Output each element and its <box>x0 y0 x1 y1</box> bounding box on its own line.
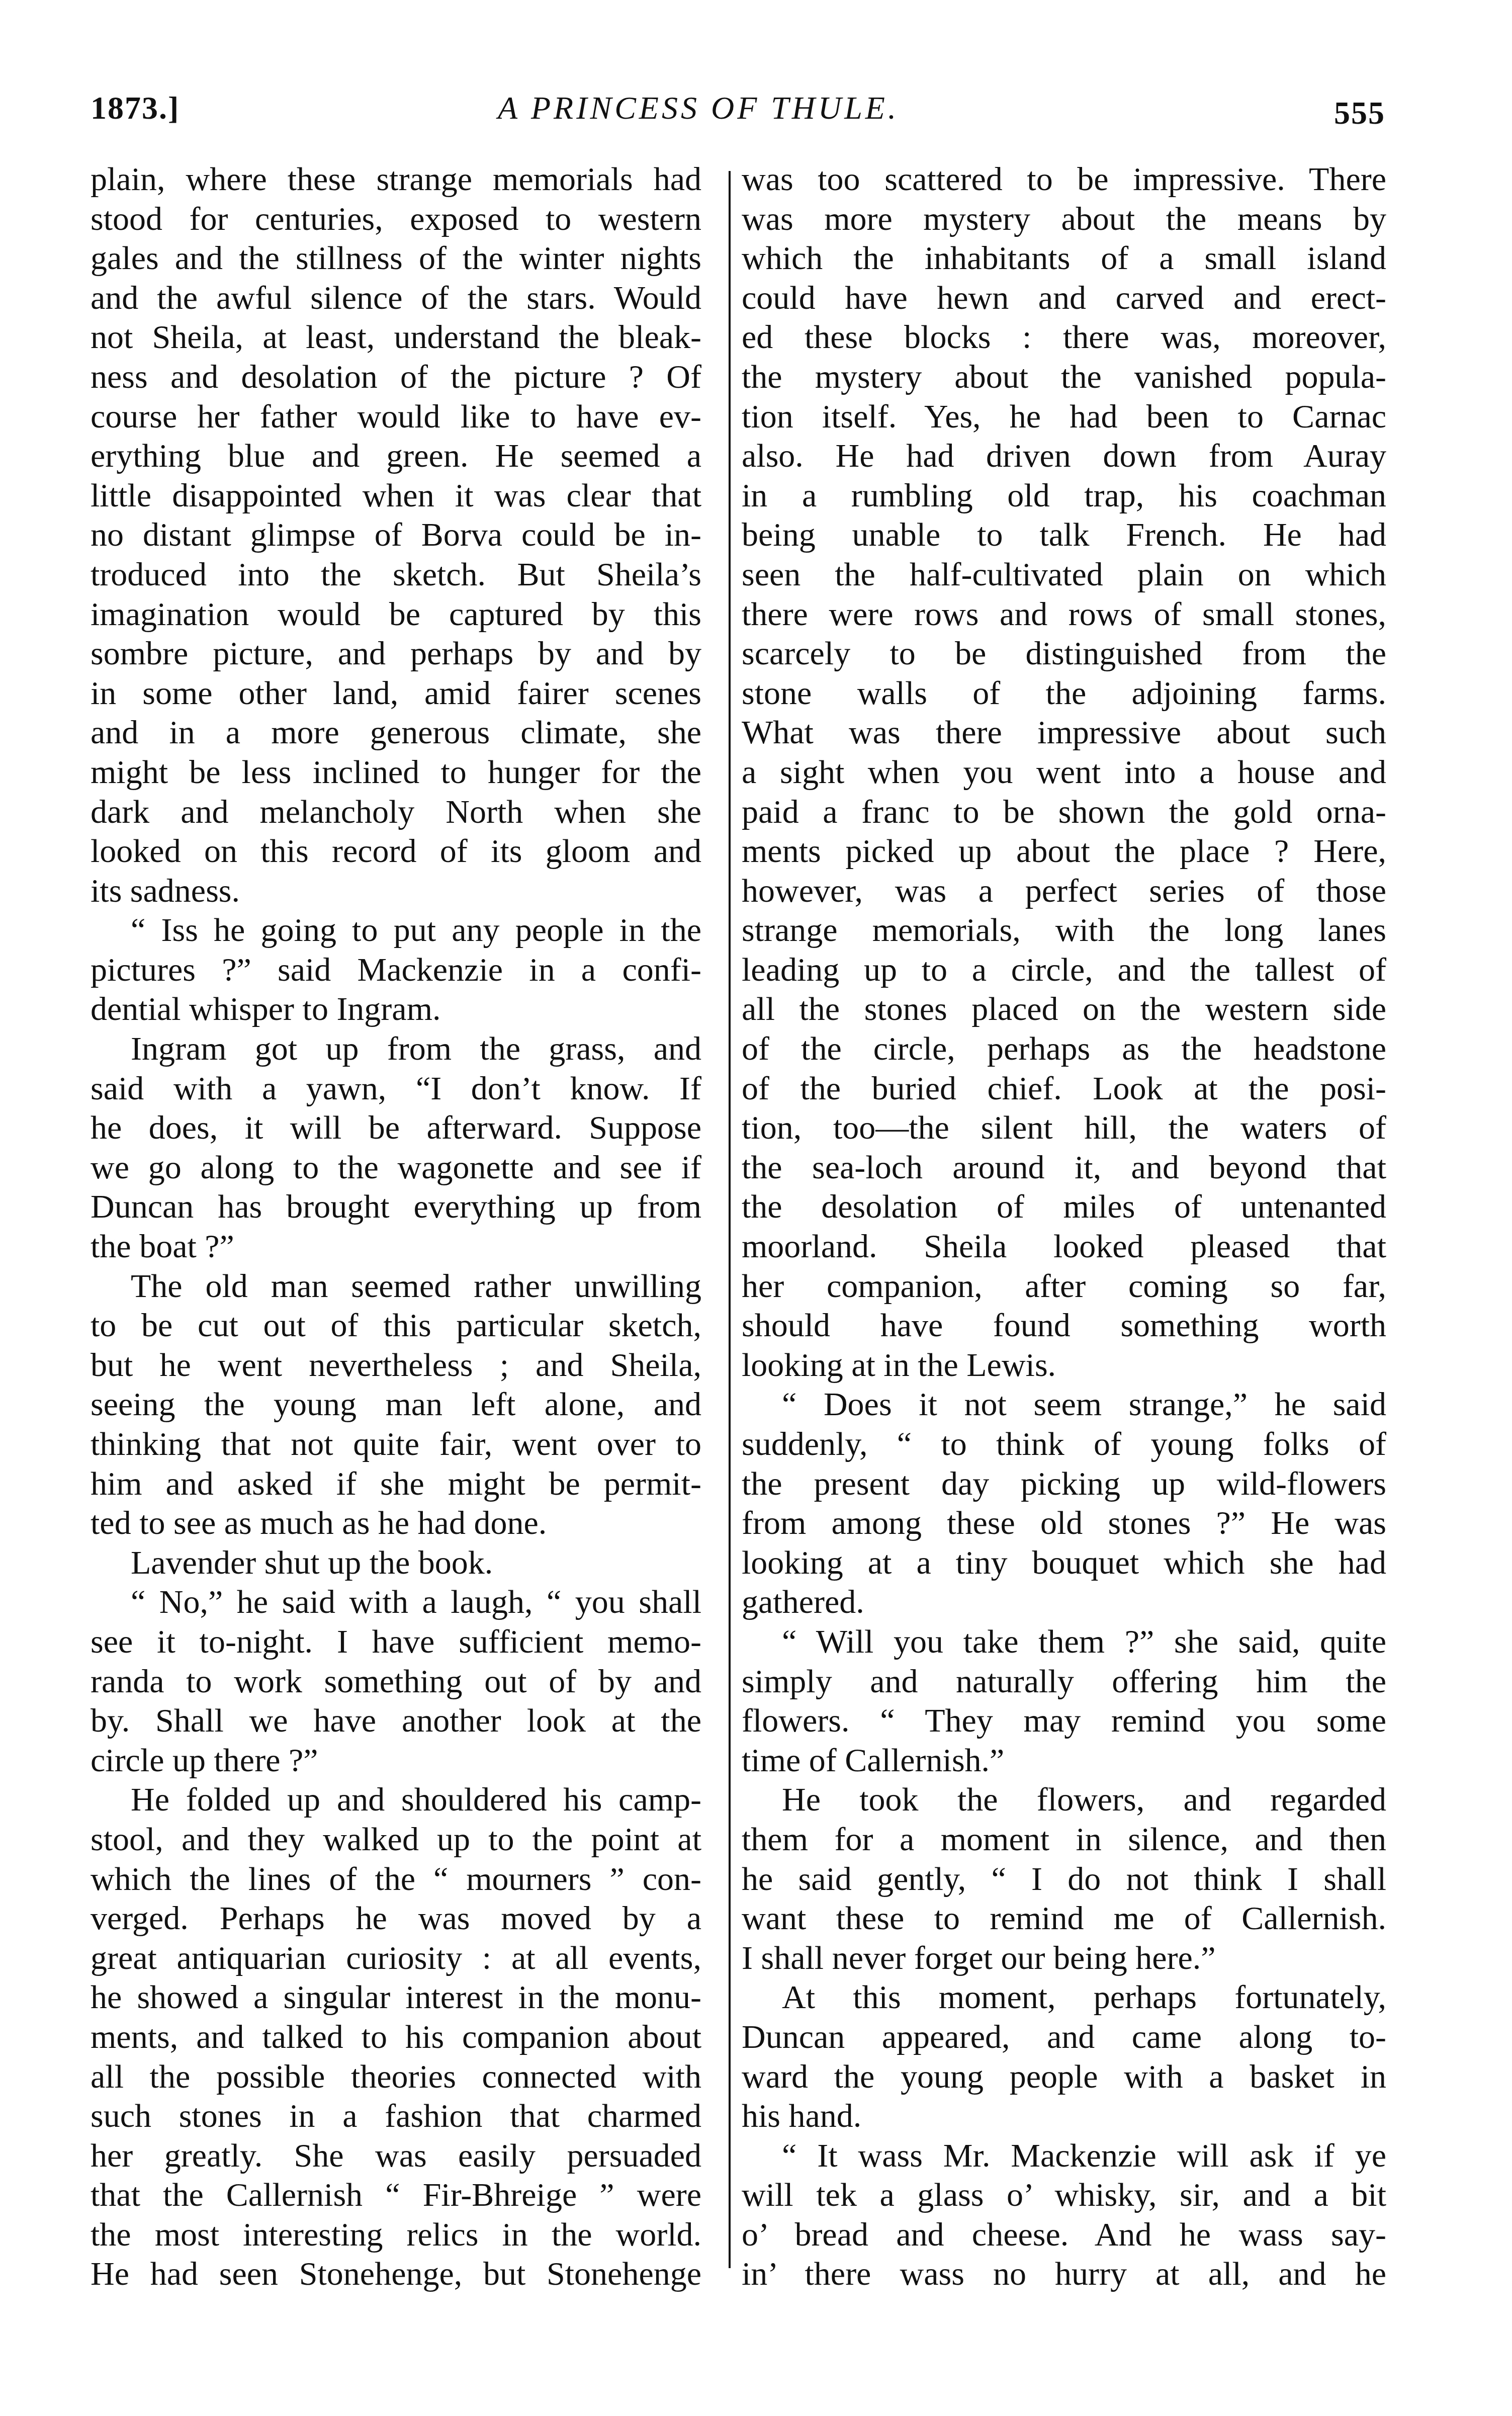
text-line: the boat ?” <box>91 1227 701 1267</box>
text-line: The old man seemed rather unwilling <box>91 1267 701 1307</box>
text-line: the mystery about the vanished popula- <box>742 358 1386 397</box>
text-line: the most interesting relics in the world… <box>91 2215 701 2255</box>
text-line: He had seen Stonehenge, but Stonehenge <box>91 2255 701 2294</box>
column-divider <box>729 171 731 2268</box>
text-line: imagination would be captured by this <box>91 595 701 635</box>
text-line: by. Shall we have another look at the <box>91 1701 701 1741</box>
text-line: “ Will you take them ?” she said, quite <box>742 1622 1386 1662</box>
text-line: leading up to a circle, and the tallest … <box>742 951 1386 990</box>
text-line: of the circle, perhaps as the headstone <box>742 1029 1386 1069</box>
text-line: should have found something worth <box>742 1306 1386 1346</box>
text-line: in some other land, amid fairer scenes <box>91 674 701 714</box>
text-line: plain, where these strange memorials had <box>91 160 701 200</box>
text-line: could have hewn and carved and erect- <box>742 279 1386 318</box>
text-line: he said gently, “ I do not think I shall <box>742 1860 1386 1900</box>
text-line: them for a moment in silence, and then <box>742 1820 1386 1860</box>
text-line: circle up there ?” <box>91 1741 701 1781</box>
text-line: the desolation of miles of untenanted <box>742 1187 1386 1227</box>
text-line: the present day picking up wild-flowers <box>742 1464 1386 1504</box>
text-line: his hand. <box>742 2097 1386 2136</box>
text-line: suddenly, “ to think of young folks of <box>742 1425 1386 1464</box>
text-line: verged. Perhaps he was moved by a <box>91 1899 701 1939</box>
text-line: from among these old stones ?” He was <box>742 1504 1386 1543</box>
text-line: paid a franc to be shown the gold orna- <box>742 793 1386 832</box>
text-line: want these to remind me of Callernish. <box>742 1899 1386 1939</box>
text-line: the sea-loch around it, and beyond that <box>742 1148 1386 1188</box>
text-line: Duncan has brought everything up from <box>91 1187 701 1227</box>
text-line: he does, it will be afterward. Suppose <box>91 1108 701 1148</box>
text-line: pictures ?” said Mackenzie in a confi- <box>91 951 701 990</box>
text-line: “ It wass Mr. Mackenzie will ask if ye <box>742 2136 1386 2176</box>
text-line: a sight when you went into a house and <box>742 753 1386 793</box>
text-line: looking at in the Lewis. <box>742 1346 1386 1386</box>
text-line: which the inhabitants of a small island <box>742 239 1386 279</box>
text-line: stood for centuries, exposed to western <box>91 200 701 239</box>
text-line: He folded up and shouldered his camp- <box>91 1780 701 1820</box>
text-line: troduced into the sketch. But Sheila’s <box>91 555 701 595</box>
text-line: tion itself. Yes, he had been to Carnac <box>742 397 1386 437</box>
text-line: I shall never forget our being here.” <box>742 1939 1386 1978</box>
text-line: What was there impressive about such <box>742 713 1386 753</box>
text-line: randa to work something out of by and <box>91 1662 701 1702</box>
text-line: will tek a glass o’ whisky, sir, and a b… <box>742 2176 1386 2215</box>
text-line: but he went nevertheless ; and Sheila, <box>91 1346 701 1386</box>
text-line: of the buried chief. Look at the posi- <box>742 1069 1386 1109</box>
right-text-column: was too scattered to be impressive. Ther… <box>742 160 1386 2294</box>
text-line: was more mystery about the means by <box>742 200 1386 239</box>
text-line: ments picked up about the place ? Here, <box>742 832 1386 872</box>
text-line: gales and the stillness of the winter ni… <box>91 239 701 279</box>
text-line: ed these blocks : there was, moreover, <box>742 318 1386 358</box>
text-line: ness and desolation of the picture ? Of <box>91 358 701 397</box>
text-line: time of Callernish.” <box>742 1741 1386 1781</box>
text-line: seen the half-cultivated plain on which <box>742 555 1386 595</box>
text-line: all the possible theories connected with <box>91 2057 701 2097</box>
text-line: in’ there wass no hurry at all, and he <box>742 2255 1386 2294</box>
text-line: said with a yawn, “I don’t know. If <box>91 1069 701 1109</box>
text-line: seeing the young man left alone, and <box>91 1385 701 1425</box>
page-number: 555 <box>1334 85 1385 141</box>
text-line: which the lines of the “ mourners ” con- <box>91 1860 701 1900</box>
text-line: him and asked if she might be permit- <box>91 1464 701 1504</box>
text-line: was too scattered to be impressive. Ther… <box>742 160 1386 200</box>
text-line: He took the flowers, and regarded <box>742 1780 1386 1820</box>
text-line: moorland. Sheila looked pleased that <box>742 1227 1386 1267</box>
text-line: Ingram got up from the grass, and <box>91 1029 701 1069</box>
text-line: in a rumbling old trap, his coachman <box>742 476 1386 516</box>
text-line: dential whisper to Ingram. <box>91 990 701 1029</box>
text-line: strange memorials, with the long lanes <box>742 911 1386 951</box>
text-line: see it to-night. I have sufficient memo- <box>91 1622 701 1662</box>
text-line: tion, too—the silent hill, the waters of <box>742 1108 1386 1148</box>
text-line: thinking that not quite fair, went over … <box>91 1425 701 1464</box>
text-line: that the Callernish “ Fir-Bhreige ” were <box>91 2176 701 2215</box>
text-line: all the stones placed on the western sid… <box>742 990 1386 1029</box>
text-line: Lavender shut up the book. <box>91 1543 701 1583</box>
text-line: also. He had driven down from Auray <box>742 437 1386 476</box>
text-line: her companion, after coming so far, <box>742 1267 1386 1307</box>
text-line: not Sheila, at least, understand the ble… <box>91 318 701 358</box>
text-line: and the awful silence of the stars. Woul… <box>91 279 701 318</box>
text-line: o’ bread and cheese. And he wass say- <box>742 2215 1386 2255</box>
text-line: sombre picture, and perhaps by and by <box>91 634 701 674</box>
text-line: being unable to talk French. He had <box>742 515 1386 555</box>
text-line: Duncan appeared, and came along to- <box>742 2018 1386 2057</box>
text-line: looked on this record of its gloom and <box>91 832 701 872</box>
running-head: 1873.] A PRINCESS OF THULE. 555 <box>91 80 1385 136</box>
text-line: little disappointed when it was clear th… <box>91 476 701 516</box>
text-line: such stones in a fashion that charmed <box>91 2097 701 2136</box>
text-line: gathered. <box>742 1583 1386 1622</box>
text-line: her greatly. She was easily persuaded <box>91 2136 701 2176</box>
text-line: “ Does it not seem strange,” he said <box>742 1385 1386 1425</box>
text-line: scarcely to be distinguished from the <box>742 634 1386 674</box>
text-line: ward the young people with a basket in <box>742 2057 1386 2097</box>
text-line: simply and naturally offering him the <box>742 1662 1386 1702</box>
text-line: we go along to the wagonette and see if <box>91 1148 701 1188</box>
text-line: however, was a perfect series of those <box>742 872 1386 911</box>
text-line: “ Iss he going to put any people in the <box>91 911 701 951</box>
text-line: might be less inclined to hunger for the <box>91 753 701 793</box>
text-line: its sadness. <box>91 872 701 911</box>
text-line: he showed a singular interest in the mon… <box>91 1978 701 2018</box>
running-head-year: 1873.] <box>91 80 180 136</box>
text-line: looking at a tiny bouquet which she had <box>742 1543 1386 1583</box>
text-line: stool, and they walked up to the point a… <box>91 1820 701 1860</box>
text-line: to be cut out of this particular sketch, <box>91 1306 701 1346</box>
text-line: flowers. “ They may remind you some <box>742 1701 1386 1741</box>
text-line: course her father would like to have ev- <box>91 397 701 437</box>
text-line: there were rows and rows of small stones… <box>742 595 1386 635</box>
text-line: dark and melancholy North when she <box>91 793 701 832</box>
left-text-column: plain, where these strange memorials had… <box>91 160 701 2294</box>
text-line: stone walls of the adjoining farms. <box>742 674 1386 714</box>
text-line: great antiquarian curiosity : at all eve… <box>91 1939 701 1978</box>
text-line: erything blue and green. He seemed a <box>91 437 701 476</box>
text-line: no distant glimpse of Borva could be in- <box>91 515 701 555</box>
text-line: and in a more generous climate, she <box>91 713 701 753</box>
text-line: At this moment, perhaps fortunately, <box>742 1978 1386 2018</box>
text-line: “ No,” he said with a laugh, “ you shall <box>91 1583 701 1622</box>
text-line: ted to see as much as he had done. <box>91 1504 701 1543</box>
text-line: ments, and talked to his companion about <box>91 2018 701 2057</box>
running-head-title: A PRINCESS OF THULE. <box>498 80 899 136</box>
